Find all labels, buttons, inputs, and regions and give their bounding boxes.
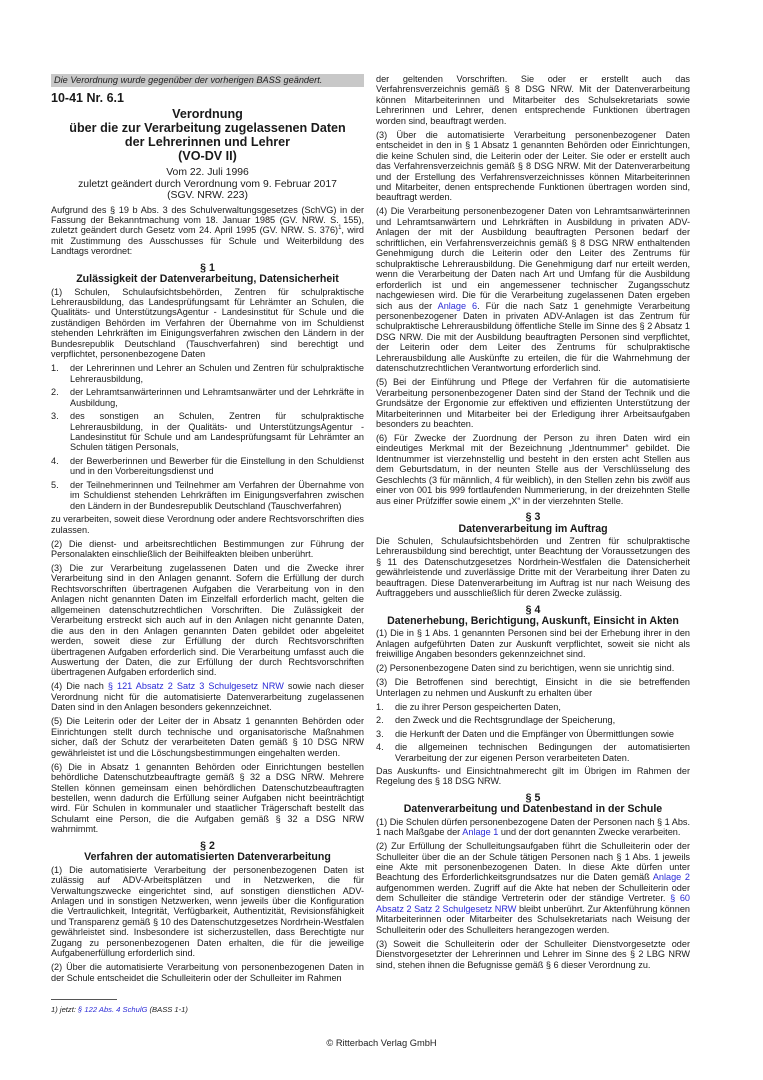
anlage-6-link[interactable]: Anlage 6 <box>438 301 477 311</box>
section-title: Datenverarbeitung und Datenbestand in de… <box>376 804 690 815</box>
list-text: der Bewerberinnen und Bewerber für die E… <box>70 456 364 476</box>
list-text: der Lehramtsanwärterinnen und Lehramtsan… <box>70 387 364 407</box>
paragraph: (6) Die in Absatz 1 genannten Behörden o… <box>51 762 364 835</box>
section-title: Datenerhebung, Berichtigung, Auskunft, E… <box>376 616 690 627</box>
paragraph: (1) Die Schulen dürfen personenbezogene … <box>376 817 690 838</box>
list-number: 1. <box>51 363 59 373</box>
document-dates: Vom 22. Juli 1996 zuletzt geändert durch… <box>51 167 364 202</box>
preamble: Aufgrund des § 19 b Abs. 3 des Schulverw… <box>51 205 364 257</box>
paragraph-text: (4) Die nach <box>51 681 108 691</box>
list-number: 4. <box>376 742 384 752</box>
section-title: Zulässigkeit der Datenverarbeitung, Date… <box>51 274 364 285</box>
left-column: Die Verordnung wurde gegenüber der vorhe… <box>51 74 364 987</box>
paragraph-text: (2) Zur Erfüllung der Schulleitungsaufga… <box>376 841 690 882</box>
paragraph: (2) Über die automatisierte Verarbeitung… <box>51 962 364 983</box>
paragraph: (3) Die Betroffenen sind berechtigt, Ein… <box>376 677 690 698</box>
footnote-prefix: jetzt: <box>60 1005 78 1014</box>
list-number: 1. <box>376 702 384 712</box>
anlage-2-link[interactable]: Anlage 2 <box>653 872 690 882</box>
paragraph-text: (4) Die Verarbeitung personenbezogener D… <box>376 206 690 310</box>
document-number: 10-41 Nr. 6.1 <box>51 91 364 106</box>
paragraph-text: . Für die nach Satz 1 genehmigte Verarbe… <box>376 301 690 374</box>
paragraph: (5) Die Leiterin oder der Leiter der in … <box>51 716 364 758</box>
list-text: die allgemeinen technischen Bedingungen … <box>395 742 690 762</box>
numbered-list: 1.die zu ihrer Person gespeicherten Date… <box>376 702 690 763</box>
paragraph: (1) Die automatisierte Verarbeitung der … <box>51 865 364 959</box>
change-notice-banner: Die Verordnung wurde gegenüber der vorhe… <box>51 74 364 87</box>
paragraph: (3) Über die automatisierte Verarbeitung… <box>376 130 690 203</box>
date-line: Vom 22. Juli 1996 <box>51 167 364 179</box>
title-line: über die zur Verarbeitung zugelassenen D… <box>51 121 364 135</box>
section-2-heading: § 2 Verfahren der automatisierten Datenv… <box>51 841 364 864</box>
section-5-heading: § 5 Datenverarbeitung und Datenbestand i… <box>376 793 690 816</box>
schulg-122-link[interactable]: § 122 Abs. 4 SchulG <box>78 1005 147 1014</box>
list-item: 4.der Bewerberinnen und Bewerber für die… <box>51 456 364 477</box>
list-text: den Zweck und die Rechtsgrundlage der Sp… <box>395 715 615 725</box>
paragraph: (4) Die nach § 121 Absatz 2 Satz 3 Schul… <box>51 681 364 712</box>
paragraph: (6) Für Zwecke der Zuordnung der Person … <box>376 433 690 506</box>
paragraph: (3) Soweit die Schulleiterin oder der Sc… <box>376 939 690 970</box>
copyright-footer: © Ritterbach Verlag GmbH <box>0 1038 763 1048</box>
list-number: 2. <box>376 715 384 725</box>
list-number: 5. <box>51 480 59 490</box>
list-text: die zu ihrer Person gespeicherten Daten, <box>395 702 561 712</box>
paragraph: (4) Die Verarbeitung personenbezogener D… <box>376 206 690 373</box>
footnote-divider <box>51 999 117 1000</box>
paragraph: (1) Schulen, Schulaufsichtsbehörden, Zen… <box>51 287 364 360</box>
document-title: Verordnung über die zur Verarbeitung zug… <box>51 107 364 163</box>
preamble-text: Aufgrund des § 19 b Abs. 3 des Schulverw… <box>51 205 364 236</box>
date-line: (SGV. NRW. 223) <box>51 190 364 202</box>
footnote: 1) jetzt: § 122 Abs. 4 SchulG (BASS 1-1) <box>51 1005 188 1015</box>
anlage-1-link[interactable]: Anlage 1 <box>462 827 498 837</box>
footnote-suffix: (BASS 1-1) <box>147 1005 188 1014</box>
title-line: der Lehrerinnen und Lehrer <box>51 135 364 149</box>
date-line: zuletzt geändert durch Verordnung vom 9.… <box>51 179 364 191</box>
right-column: der geltenden Vorschriften. Sie oder er … <box>376 74 690 974</box>
list-number: 4. <box>51 456 59 466</box>
list-number: 2. <box>51 387 59 397</box>
section-title: Verfahren der automatisierten Datenverar… <box>51 852 364 863</box>
list-text: der Teilnehmerinnen und Teilnehmer am Ve… <box>70 480 364 511</box>
footnote-marker: 1) <box>51 1005 58 1014</box>
list-number: 3. <box>51 411 59 421</box>
paragraph: (1) Die in § 1 Abs. 1 genannten Personen… <box>376 628 690 659</box>
list-text: die Herkunft der Daten und die Empfänger… <box>395 729 674 739</box>
list-item: 2.der Lehramtsanwärterinnen und Lehramts… <box>51 387 364 408</box>
paragraph: (2) Personenbezogene Daten sind zu beric… <box>376 663 690 673</box>
list-text: der Lehrerinnen und Lehrer an Schulen un… <box>70 363 364 383</box>
list-item: 1.die zu ihrer Person gespeicherten Date… <box>376 702 690 712</box>
numbered-list: 1.der Lehrerinnen und Lehrer an Schulen … <box>51 363 364 511</box>
list-item: 5.der Teilnehmerinnen und Teilnehmer am … <box>51 480 364 511</box>
list-item: 1.der Lehrerinnen und Lehrer an Schulen … <box>51 363 364 384</box>
list-item: 3.die Herkunft der Daten und die Empfäng… <box>376 729 690 739</box>
paragraph-text: aufgenommen werden. Zugriff auf die Akte… <box>376 883 690 903</box>
paragraph: (2) Zur Erfüllung der Schulleitungsaufga… <box>376 841 690 935</box>
list-item: 3.des sonstigen an Schulen, Zentren für … <box>51 411 364 453</box>
paragraph: Die Schulen, Schulaufsichtsbehörden und … <box>376 536 690 599</box>
title-line: Verordnung <box>51 107 364 121</box>
list-number: 3. <box>376 729 384 739</box>
paragraph: (2) Die dienst- und arbeitsrechtlichen B… <box>51 539 364 560</box>
section-number: § 3 <box>376 512 690 523</box>
list-item: 2.den Zweck und die Rechtsgrundlage der … <box>376 715 690 725</box>
list-text: des sonstigen an Schulen, Zentren für sc… <box>70 411 364 452</box>
schulgesetz-121-link[interactable]: § 121 Absatz 2 Satz 3 Schulgesetz NRW <box>108 681 284 691</box>
title-line: (VO-DV II) <box>51 149 364 163</box>
paragraph: der geltenden Vorschriften. Sie oder er … <box>376 74 690 126</box>
section-title: Datenverarbeitung im Auftrag <box>376 524 690 535</box>
section-1-heading: § 1 Zulässigkeit der Datenverarbeitung, … <box>51 263 364 286</box>
paragraph: (5) Bei der Einführung und Pflege der Ve… <box>376 377 690 429</box>
paragraph-text: und der dort genannten Zwecke verarbeite… <box>498 827 680 837</box>
paragraph: zu verarbeiten, soweit diese Verordnung … <box>51 514 364 535</box>
section-4-heading: § 4 Datenerhebung, Berichtigung, Auskunf… <box>376 605 690 628</box>
paragraph: Das Auskunfts- und Einsichtnahmerecht gi… <box>376 766 690 787</box>
paragraph: (3) Die zur Verarbeitung zugelassenen Da… <box>51 563 364 678</box>
list-item: 4.die allgemeinen technischen Bedingunge… <box>376 742 690 763</box>
section-3-heading: § 3 Datenverarbeitung im Auftrag <box>376 512 690 535</box>
